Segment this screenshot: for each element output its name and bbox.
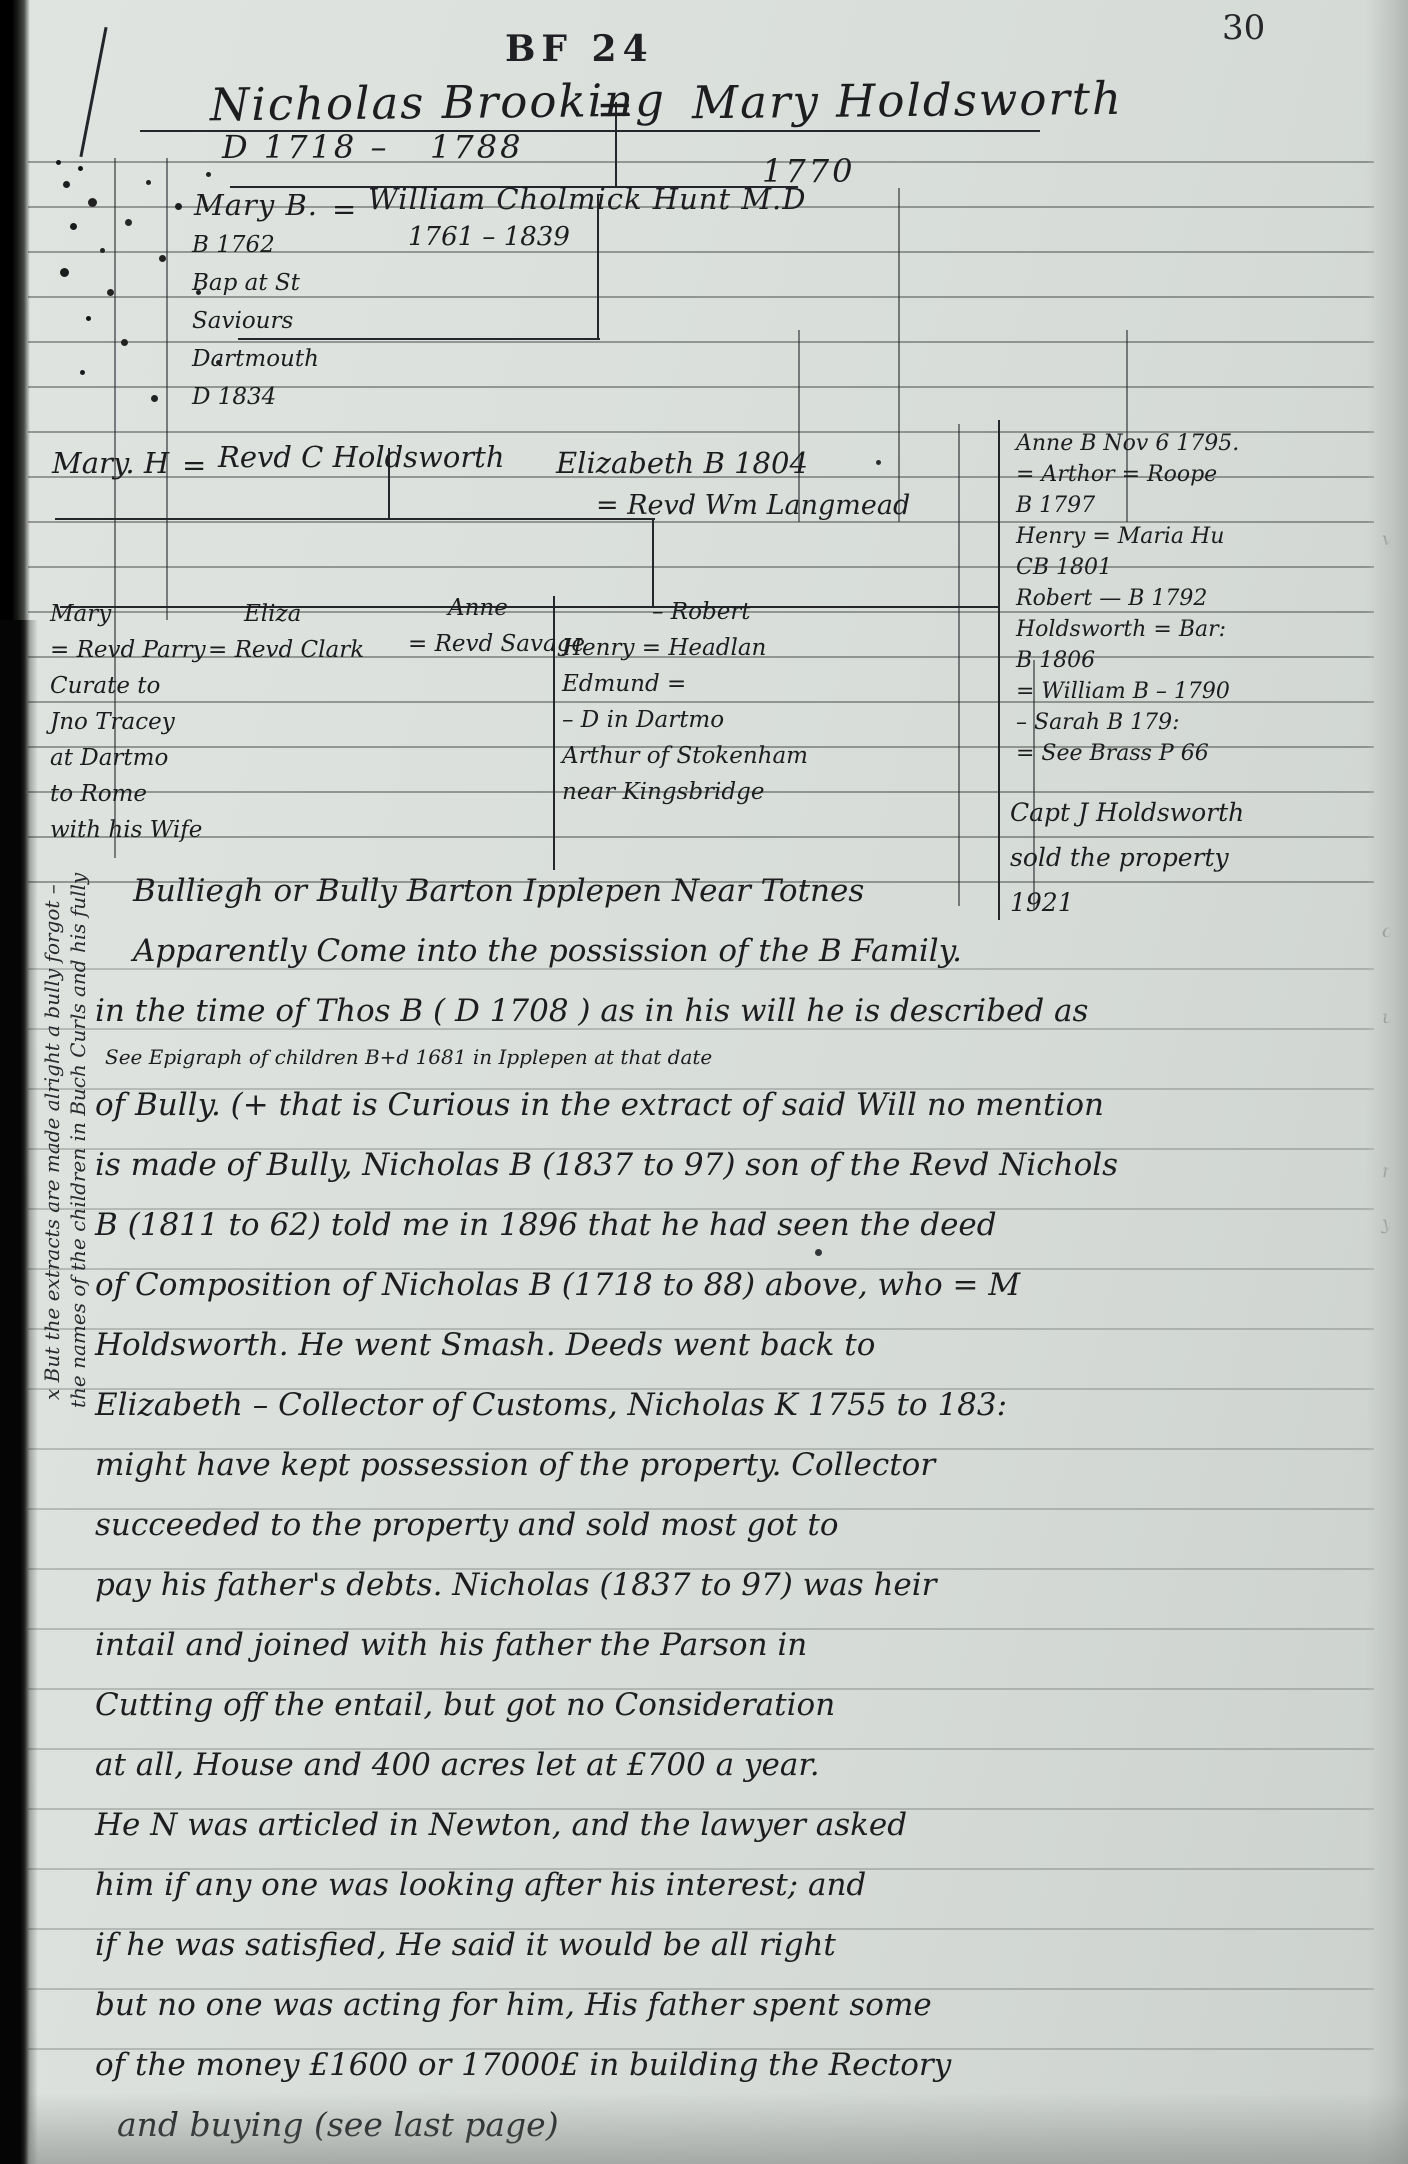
gen3-column-robert: – Robert Henry = Headlan Edmund = – D in… [562,594,992,810]
gen3-line: at Dartmo [50,740,210,776]
gen3-column-mary: Mary = Revd Parry Curate to Jno Tracey a… [50,596,210,848]
narrative-line: of the money £1600 or 17000£ in building… [95,2036,1335,2096]
sidebar-line: – Sarah B 179: [1016,707,1406,738]
gen3-line: near Kingsbridge [562,774,992,810]
gen3-line: Jno Tracey [50,704,210,740]
narrative-line: of Bully. (+ that is Curious in the extr… [95,1076,1335,1136]
gen1-detail-line: Saviours [192,302,362,340]
page-number: 30 [1222,8,1265,48]
gen2-sister-spouse: = Revd Wm Langmead [596,490,910,521]
root-wife-name: Mary Holdsworth [692,72,1124,130]
scan-noise-speckles [56,160,61,165]
gen3-line: Arthur of Stokenham [562,738,992,774]
gen1-detail-line: D 1834 [192,378,362,416]
narrative-line: is made of Bully, Nicholas B (1837 to 97… [95,1136,1335,1196]
gen2-spouse-name: Revd C Holdsworth [218,440,505,474]
narrative-line: Elizabeth – Collector of Customs, Nichol… [95,1376,1335,1436]
narrative-interline-note: See Epigraph of children B+d 1681 in Ipp… [95,1042,1335,1076]
gen3-line: to Rome [50,776,210,812]
column-rule [998,420,1000,920]
sidebar-line: Anne B Nov 6 1795. [1016,428,1406,459]
gen3-line: = Revd Parry [50,632,210,668]
sidebar-line: Holdsworth = Bar: [1016,614,1406,645]
gen3-line: Mary [50,596,210,632]
gen2-equals-sign: = [182,448,206,482]
scan-left-edge-lower [0,620,38,2164]
gen1-detail-line: B 1762 [192,226,362,264]
narrative-line: Bulliegh or Bully Barton Ipplepen Near T… [95,862,1335,922]
marriage-equals-sign: = [596,82,636,135]
narrative-line: succeeded to the property and sold most … [95,1496,1335,1556]
gen1-detail-line: Dartmouth [192,340,362,378]
gen3-line: with his Wife [50,812,210,848]
sidebar-line: Henry = Maria Hu [1016,521,1406,552]
gen2-sister-name: Elizabeth B 1804 [556,446,808,480]
column-rule [166,158,168,620]
gen3-line: Edmund = [562,666,992,702]
gen1-equals-sign: = [332,192,357,226]
gen3-line: Curate to [50,668,210,704]
gen3-line: – Robert [562,594,992,630]
gen1-detail-line: Bap at St [192,264,362,302]
scan-right-edge [1366,0,1408,2164]
gen3-line: Henry = Headlan [562,630,992,666]
gen3-line: = Revd Clark [208,632,388,668]
gen1-spouse-dates: 1761 – 1839 [408,222,570,252]
narrative-line: He N was articled in Newton, and the law… [95,1796,1335,1856]
narrative-line: B (1811 to 62) told me in 1896 that he h… [95,1196,1335,1256]
narrative-line: pay his father's debts. Nicholas (1837 t… [95,1556,1335,1616]
holdsworth-children-list: Anne B Nov 6 1795. = Arthor = Roope B 17… [1016,428,1406,769]
gen3-line: – D in Dartmo [562,702,992,738]
narrative-line: at all, House and 400 acres let at £700 … [95,1736,1335,1796]
note-line: Capt J Holdsworth [1010,790,1390,835]
gen3-line: Eliza [208,596,388,632]
gen3-column-eliza: Eliza = Revd Clark [208,596,388,668]
narrative-line: but no one was acting for him, His fathe… [95,1976,1335,2036]
scan-bottom-edge [28,2092,1408,2164]
tree-connector-line [55,518,655,520]
sidebar-line: = William B – 1790 [1016,676,1406,707]
gen1-daughter-name: Mary B. [194,188,318,222]
narrative-line: if he was satisfied, He said it would be… [95,1916,1335,1976]
sidebar-line: Robert — B 1792 [1016,583,1406,614]
sidebar-line: = See Brass P 66 [1016,738,1406,769]
gen2-daughter-name: Mary. H [52,446,169,480]
column-rule [898,188,900,522]
root-husband-death: 1788 [430,128,523,166]
narrative-text: Bulliegh or Bully Barton Ipplepen Near T… [95,862,1335,2156]
root-husband-birth: D 1718 – [222,128,389,166]
narrative-line: him if any one was looking after his int… [95,1856,1335,1916]
gen1-details: B 1762 Bap at St Saviours Dartmouth D 18… [192,226,362,416]
sidebar-line: B 1806 [1016,645,1406,676]
sidebar-line: = Arthor = Roope [1016,459,1406,490]
narrative-line: in the time of Thos B ( D 1708 ) as in h… [95,982,1335,1042]
sidebar-line: B 1797 [1016,490,1406,521]
narrative-line: of Composition of Nicholas B (1718 to 88… [95,1256,1335,1316]
narrative-line: Cutting off the entail, but got no Consi… [95,1676,1335,1736]
margin-annotation-line: x But the extracts are made alright a bu… [40,884,64,1400]
sidebar-line: CB 1801 [1016,552,1406,583]
gen1-spouse-name: William Cholmick Hunt M.D [368,182,807,216]
margin-annotation-line: the names of the children in Buch Curls … [66,873,90,1408]
narrative-line: might have kept possession of the proper… [95,1436,1335,1496]
narrative-line: Apparently Come into the possission of t… [95,922,1335,982]
narrative-line: intail and joined with his father the Pa… [95,1616,1335,1676]
narrative-line: Holdsworth. He went Smash. Deeds went ba… [95,1316,1335,1376]
page-code: BF 24 [505,28,654,70]
